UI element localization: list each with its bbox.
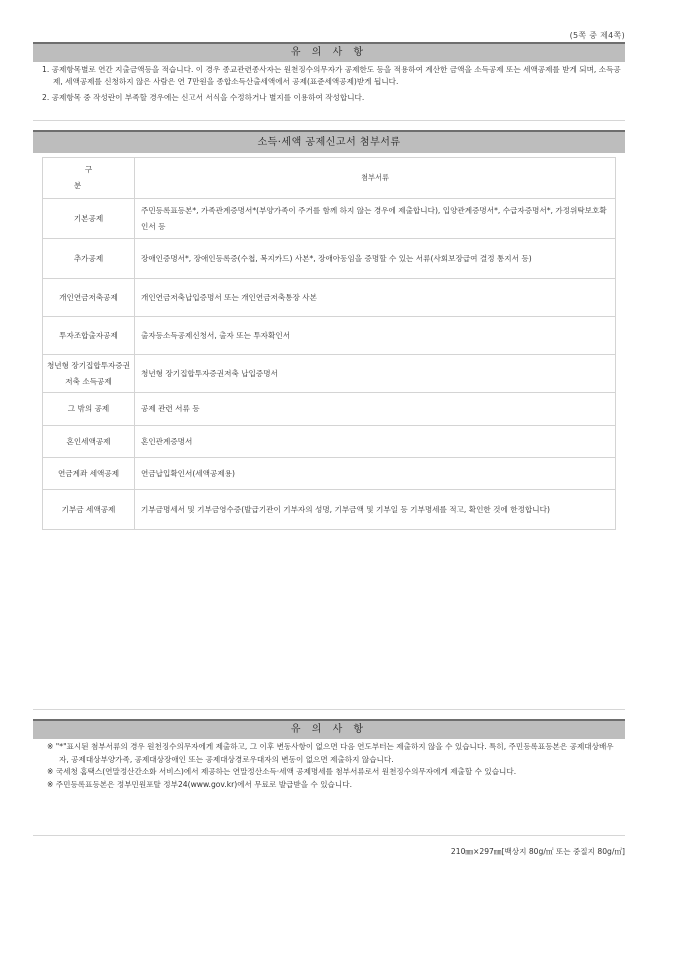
- row-category: 개인연금저축공제: [43, 279, 135, 317]
- row-documents: 주민등록표등본*, 가족관계증명서*(부양가족이 주거를 함께 하지 않는 경우…: [135, 199, 616, 239]
- table-row: 기본공제 주민등록표등본*, 가족관계증명서*(부양가족이 주거를 함께 하지 …: [43, 199, 616, 239]
- notice-top-item-1: 1. 공제항목별로 연간 지출금액등을 적습니다. 이 경우 종교관련종사자는 …: [33, 64, 625, 87]
- notice-top-title: 유 의 사 항: [33, 42, 625, 62]
- table-header-row: 구 분 첨부서류: [43, 158, 616, 199]
- notice-bottom-item-1: ※ "*"표시된 첨부서류의 경우 원천징수의무자에게 제출하고, 그 이후 변…: [33, 741, 625, 766]
- table-row: 혼인세액공제 혼인관계증명서: [43, 426, 616, 458]
- row-documents: 개인연금저축납입증명서 또는 개인연금저축통장 사본: [135, 279, 616, 317]
- row-category: 기본공제: [43, 199, 135, 239]
- table-row: 추가공제 장애인증명서*, 장애인등록증(수첩, 복지카드) 사본*, 장애아동…: [43, 239, 616, 279]
- row-category: 추가공제: [43, 239, 135, 279]
- row-documents: 청년형 장기집합투자증권저축 납입증명서: [135, 355, 616, 393]
- row-documents: 혼인관계증명서: [135, 426, 616, 458]
- row-category: 연금계좌 세액공제: [43, 458, 135, 490]
- table-row: 기부금 세액공제 기부금명세서 및 기부금영수증(발급기관이 기부자의 성명, …: [43, 490, 616, 530]
- attachments-title: 소득·세액 공제신고서 첨부서류: [33, 130, 625, 153]
- row-documents: 장애인증명서*, 장애인등록증(수첩, 복지카드) 사본*, 장애아동임을 증명…: [135, 239, 616, 279]
- notice-bottom-item-3: ※ 주민등록표등본은 정부민원포탈 정부24(www.gov.kr)에서 무료로…: [33, 779, 625, 792]
- row-documents: 기부금명세서 및 기부금영수증(발급기관이 기부자의 성명, 기부금액 및 기부…: [135, 490, 616, 530]
- table-row: 청년형 장기집합투자증권저축 소득공제 청년형 장기집합투자증권저축 납입증명서: [43, 355, 616, 393]
- header-documents: 첨부서류: [135, 158, 616, 199]
- divider: [33, 835, 625, 836]
- row-documents: 연금납입확인서(세액공제용): [135, 458, 616, 490]
- row-category: 그 밖의 공제: [43, 393, 135, 426]
- row-category: 혼인세액공제: [43, 426, 135, 458]
- notice-bottom-item-2: ※ 국세청 홈택스(연말정산간소화 서비스)에서 제공하는 연말정산소득·세액 …: [33, 766, 625, 779]
- paper-spec: 210㎜×297㎜[백상지 80g/㎡ 또는 중질지 80g/㎡]: [451, 846, 625, 857]
- attachments-table: 구 분 첨부서류 기본공제 주민등록표등본*, 가족관계증명서*(부양가족이 주…: [42, 157, 616, 530]
- table-row: 개인연금저축공제 개인연금저축납입증명서 또는 개인연금저축통장 사본: [43, 279, 616, 317]
- row-documents: 공제 관련 서류 등: [135, 393, 616, 426]
- row-category: 투자조합출자공제: [43, 317, 135, 355]
- notice-top-item-2: 2. 공제항목 중 작성란이 부족할 경우에는 신고서 서식을 수정하거나 별지…: [33, 92, 625, 104]
- row-category: 기부금 세액공제: [43, 490, 135, 530]
- divider: [33, 709, 625, 710]
- notice-top-list: 1. 공제항목별로 연간 지출금액등을 적습니다. 이 경우 종교관련종사자는 …: [33, 64, 625, 104]
- row-documents: 출자등소득공제신청서, 출자 또는 투자확인서: [135, 317, 616, 355]
- table-row: 투자조합출자공제 출자등소득공제신청서, 출자 또는 투자확인서: [43, 317, 616, 355]
- table-row: 연금계좌 세액공제 연금납입확인서(세액공제용): [43, 458, 616, 490]
- table-row: 그 밖의 공제 공제 관련 서류 등: [43, 393, 616, 426]
- page-number: (5쪽 중 제4쪽): [570, 30, 625, 41]
- divider: [33, 120, 625, 121]
- notice-bottom-list: ※ "*"표시된 첨부서류의 경우 원천징수의무자에게 제출하고, 그 이후 변…: [33, 741, 625, 791]
- header-category: 구 분: [43, 158, 135, 199]
- notice-bottom-title: 유 의 사 항: [33, 719, 625, 739]
- row-category: 청년형 장기집합투자증권저축 소득공제: [43, 355, 135, 393]
